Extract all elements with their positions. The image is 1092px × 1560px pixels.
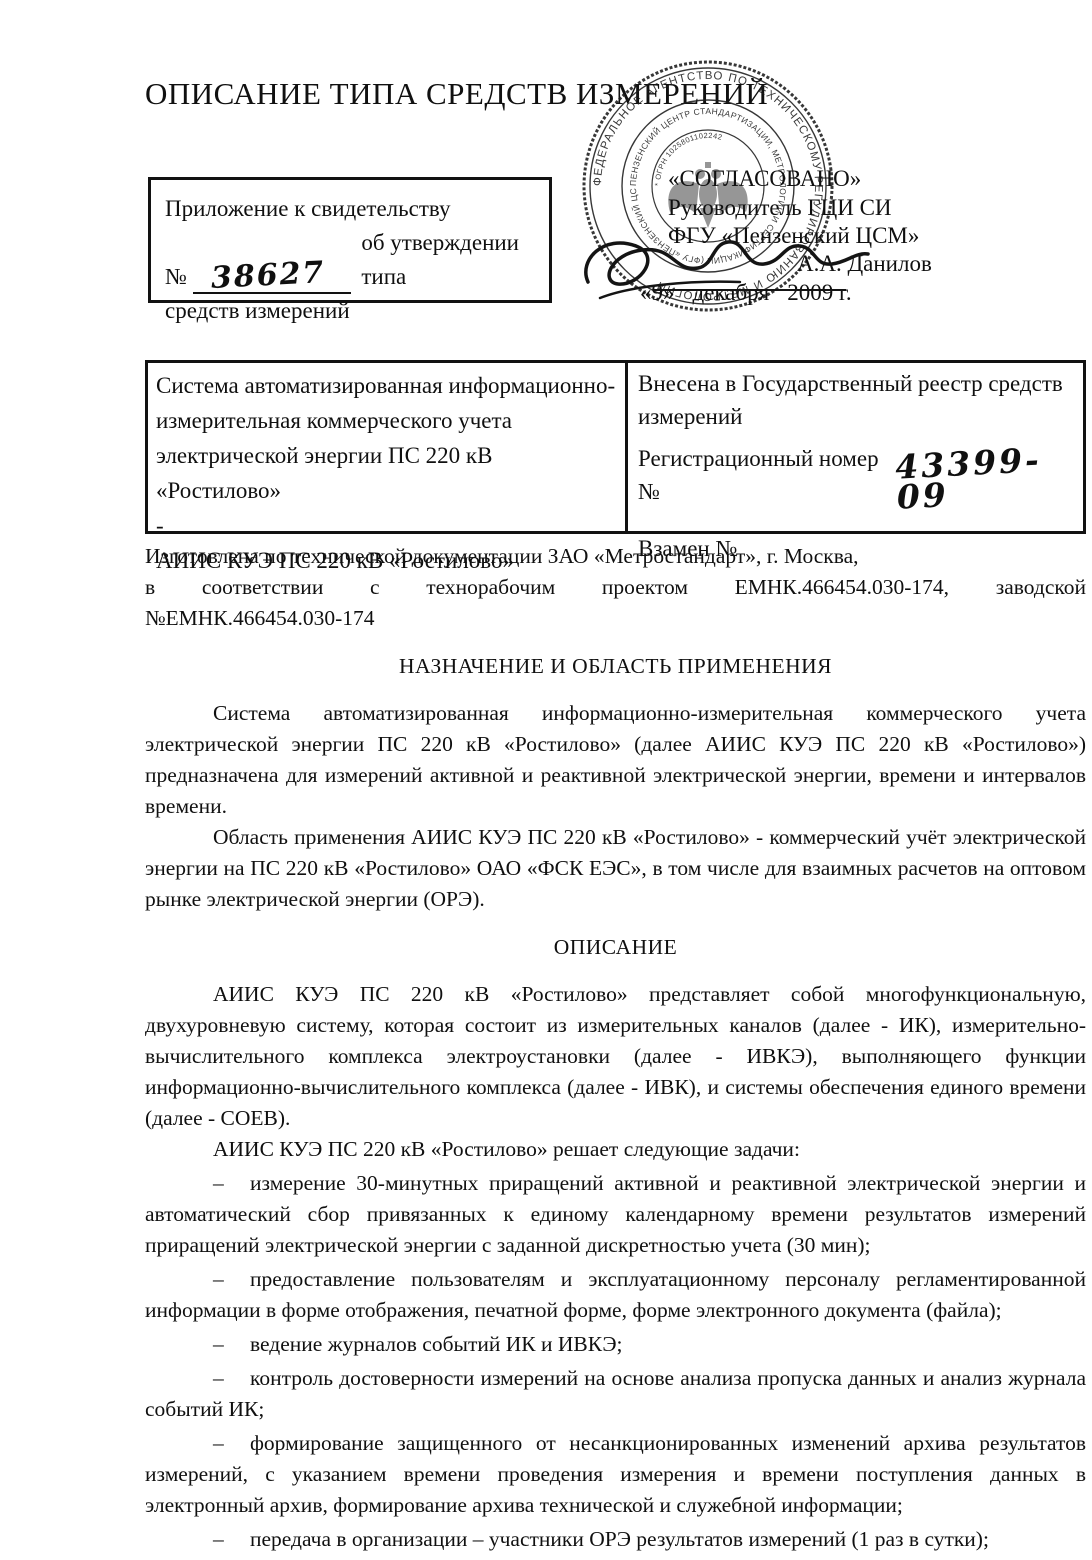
document-page: ОПИСАНИЕ ТИПА СРЕДСТВ ИЗМЕРЕНИЙ Приложен… bbox=[0, 0, 1092, 1560]
task-list-item-text: передача в организации – участники ОРЭ р… bbox=[250, 1527, 989, 1551]
system-name-line: - bbox=[156, 508, 617, 543]
certificate-line3: средств измерений bbox=[165, 294, 537, 328]
bullet-dash: – bbox=[213, 1363, 250, 1394]
system-name-line: АИИС КУЭ ПС 220 кВ «Ростилово» bbox=[156, 543, 617, 578]
section-heading-description: ОПИСАНИЕ bbox=[145, 932, 1086, 963]
task-list-item-text: формирование защищенного от несанкционир… bbox=[145, 1431, 1086, 1517]
task-list-item: –измерение 30-минутных приращений активн… bbox=[145, 1168, 1086, 1261]
task-list-item: –формирование защищенного от несанкциони… bbox=[145, 1428, 1086, 1521]
task-list-item: –контроль достоверности измерений на осн… bbox=[145, 1363, 1086, 1425]
task-list-item: –ведение журналов событий ИК и ИВКЭ; bbox=[145, 1329, 1086, 1360]
approval-position: Руководитель ГЦИ СИ bbox=[668, 195, 892, 221]
registry-entry-text: Внесена в Государственный реестр средств… bbox=[638, 367, 1077, 433]
manufacture-note-line: №ЕМНК.466454.030-174 bbox=[145, 603, 1086, 634]
task-list-item-text: контроль достоверности измерений на осно… bbox=[145, 1366, 1086, 1421]
system-name-line: Система автоматизированная информационно… bbox=[156, 368, 617, 403]
bullet-dash: – bbox=[213, 1168, 250, 1199]
task-list-item: –передача в организации – участники ОРЭ … bbox=[145, 1524, 1086, 1555]
system-name-line: измерительная коммерческого учета bbox=[156, 403, 617, 438]
certificate-number-label: № bbox=[165, 260, 187, 294]
certificate-line2-rest: об утверждении типа bbox=[361, 226, 537, 294]
bullet-dash: – bbox=[213, 1428, 250, 1459]
task-list-item-text: предоставление пользователям и эксплуата… bbox=[145, 1267, 1086, 1322]
description-paragraph: АИИС КУЭ ПС 220 кВ «Ростилово» представл… bbox=[145, 979, 1086, 1134]
certificate-line2: № 38627 об утверждении типа bbox=[165, 226, 537, 294]
approval-title: «СОГЛАСОВАНО» bbox=[668, 166, 861, 192]
replacement-number-label: Взамен № bbox=[638, 532, 1077, 565]
purpose-paragraph: Область применения АИИС КУЭ ПС 220 кВ «Р… bbox=[145, 822, 1086, 915]
handwritten-signature bbox=[570, 220, 930, 320]
certificate-number-handwritten: 38627 bbox=[210, 259, 326, 293]
document-body: Изготовлена по технической документации … bbox=[145, 541, 1086, 1555]
description-tasks-intro: АИИС КУЭ ПС 220 кВ «Ростилово» решает сл… bbox=[145, 1134, 1086, 1165]
purpose-paragraph: Система автоматизированная информационно… bbox=[145, 698, 1086, 822]
registry-table-entry-cell: Внесена в Государственный реестр средств… bbox=[628, 363, 1083, 531]
certificate-appendix-box: Приложение к свидетельству № 38627 об ут… bbox=[148, 177, 552, 303]
task-list-item: –предоставление пользователям и эксплуат… bbox=[145, 1264, 1086, 1326]
registry-table: Система автоматизированная информационно… bbox=[145, 360, 1086, 534]
registration-number-row: Регистрационный номер № 43399-09 bbox=[638, 442, 1077, 508]
section-heading-purpose: НАЗНАЧЕНИЕ И ОБЛАСТЬ ПРИМЕНЕНИЯ bbox=[145, 651, 1086, 682]
bullet-dash: – bbox=[213, 1264, 250, 1295]
certificate-number-underline: 38627 bbox=[193, 262, 351, 294]
bullet-dash: – bbox=[213, 1329, 250, 1360]
certificate-line1: Приложение к свидетельству bbox=[165, 192, 537, 226]
bullet-dash: – bbox=[213, 1524, 250, 1555]
system-name-line: электрической энергии ПС 220 кВ «Ростило… bbox=[156, 438, 617, 508]
registry-table-system-cell: Система автоматизированная информационно… bbox=[148, 363, 628, 531]
task-list-item-text: ведение журналов событий ИК и ИВКЭ; bbox=[250, 1332, 623, 1356]
registration-number-handwritten: 43399-09 bbox=[895, 443, 1079, 512]
task-list-item-text: измерение 30-минутных приращений активно… bbox=[145, 1171, 1086, 1257]
registration-number-label: Регистрационный номер № bbox=[638, 442, 882, 508]
